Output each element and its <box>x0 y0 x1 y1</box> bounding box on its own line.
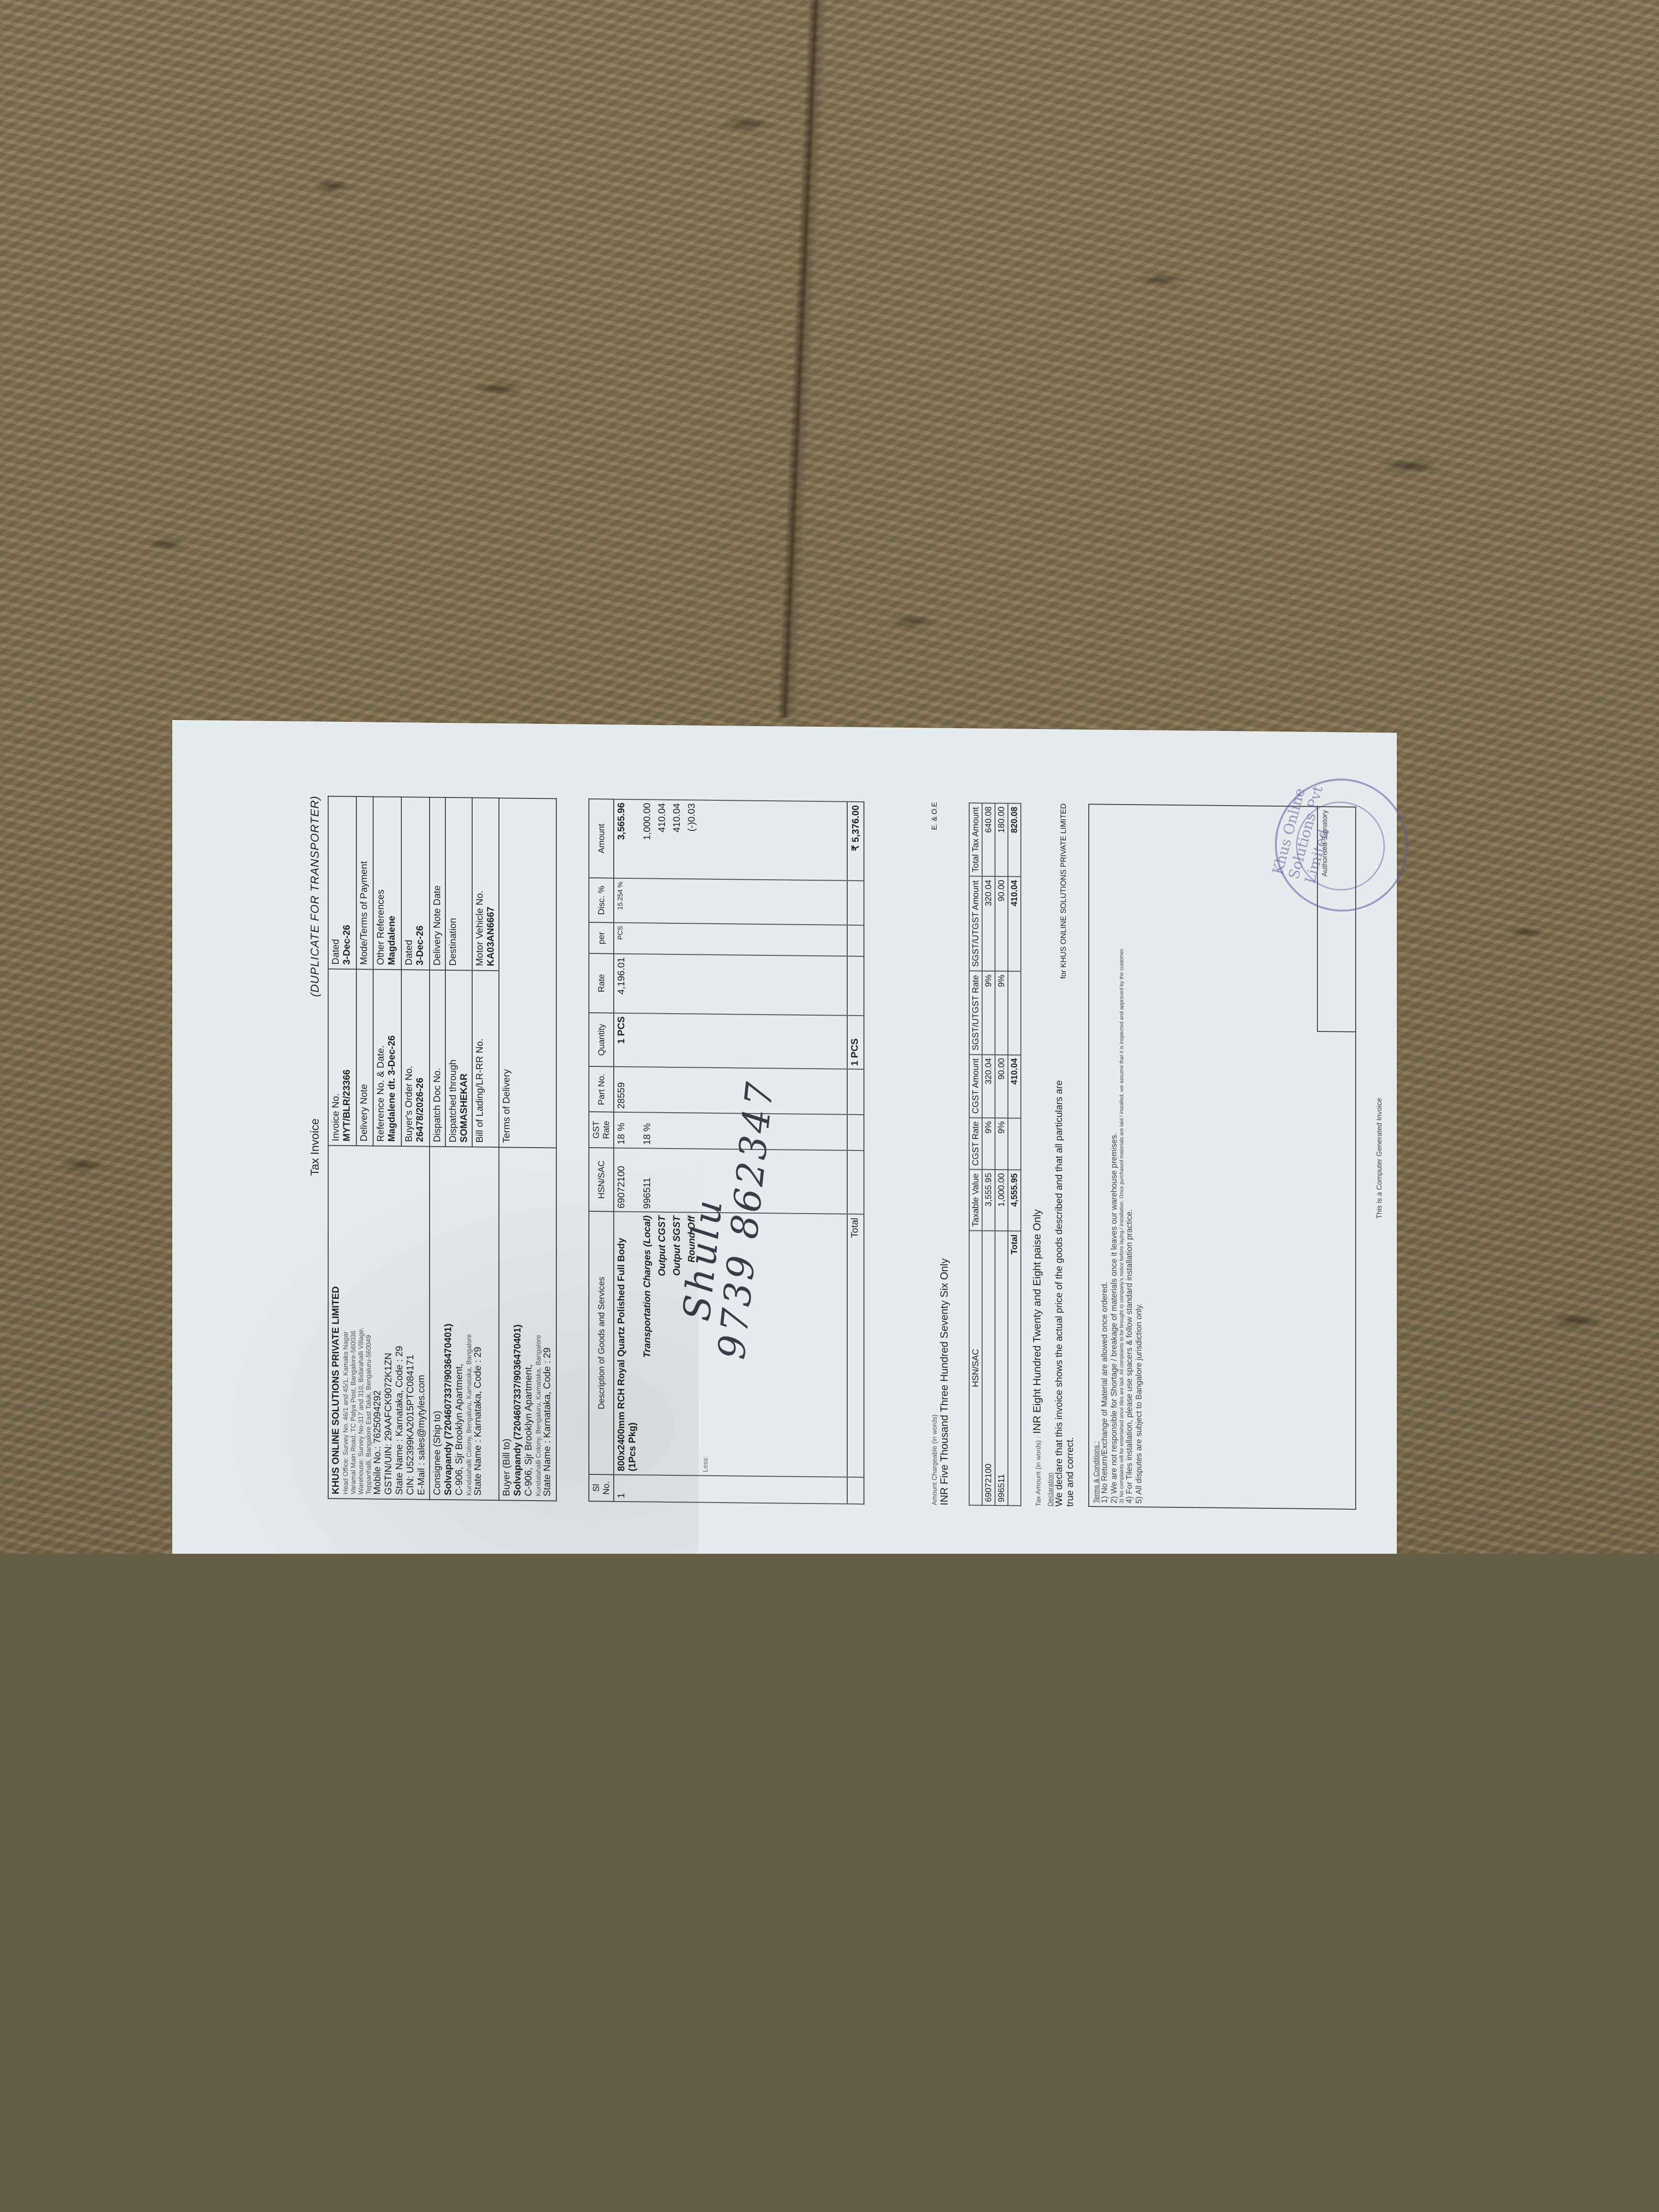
items-table: Sl No.Description of Goods and ServicesH… <box>588 798 864 1504</box>
payment-terms-label: Mode/Terms of Payment <box>359 801 370 965</box>
item-cell-gst: 18 % <box>614 1112 640 1148</box>
terms-of-delivery-label: Terms of Delivery <box>501 802 512 1143</box>
total-cell <box>847 956 864 1016</box>
item-cell-disc <box>670 879 685 923</box>
total-cell: ₹ 5,376.00 <box>847 802 864 881</box>
tax-cell: 4,555.95 <box>1008 1170 1021 1231</box>
copy-label: (DUPLICATE FOR TRANSPORTER) <box>309 796 322 1499</box>
less-cell <box>699 955 847 1016</box>
item-cell-sl <box>640 1475 655 1502</box>
tax-cell: 3,555.95 <box>982 1170 995 1231</box>
dispatch-doc-cell: Dispatch Doc No. <box>430 970 445 1147</box>
order-dated-label: Dated <box>404 801 415 965</box>
dispatched-through-cell: Dispatched throughSOMASHEKAR <box>445 970 472 1147</box>
item-cell-qty <box>655 1013 670 1067</box>
less-cell <box>699 923 847 956</box>
tax-cell: 640.08 <box>982 803 995 877</box>
seller-line: Teppanhalli, Bangalore East Taluk, Benga… <box>365 1150 372 1494</box>
for-company-label: for KHUS ONLINE SOLUTIONS PRIVATE LIMITE… <box>1060 803 1068 1028</box>
item-cell-per: PCS <box>614 922 640 954</box>
reference-value: Magdalene dt. 3-Dec-26 <box>387 973 398 1141</box>
item-cell-description: 800x2400mm RCH Royal Quartz Polished Ful… <box>614 1212 640 1475</box>
other-refs-value: Magdalene <box>387 801 398 965</box>
bottom-fill <box>0 1554 1659 2212</box>
item-cell-part <box>640 1067 655 1113</box>
item-cell-sl <box>685 1475 699 1503</box>
item-cell-part: 28559 <box>614 1067 640 1112</box>
items-total-row: Total1 PCS₹ 5,376.00 <box>847 802 864 1504</box>
seller-line: Head Office: Survey No. 46/1 and 45/1, K… <box>342 1150 349 1494</box>
tax-header-cell: Total Tax Amount <box>969 803 982 876</box>
payment-terms-cell: Mode/Terms of Payment <box>356 796 373 969</box>
granite-floor-photo: Tax Invoice (DUPLICATE FOR TRANSPORTER) … <box>0 0 1659 1554</box>
item-cell-gst <box>685 1113 699 1149</box>
delivery-note-label: Delivery Note <box>359 973 370 1141</box>
invoice-header-table: KHUS ONLINE SOLUTIONS PRIVATE LIMITED He… <box>328 796 557 1501</box>
invoice-no: MYT/BLR/23366 <box>342 973 353 1141</box>
items-header-cell: HSN/SAC <box>589 1148 614 1212</box>
consignee-line: State Name : Karnataka, Code : 29 <box>473 1151 484 1496</box>
other-refs-label: Other References <box>376 801 387 965</box>
item-cell-hsn: 996511 <box>640 1148 655 1212</box>
term-item: 3) No complaints will be entertained onc… <box>1119 808 1125 1504</box>
buyer-line: State Name : Karnataka, Code : 29 <box>542 1152 553 1496</box>
item-cell-sl <box>655 1475 670 1502</box>
tax-cell: 9% <box>982 971 995 1055</box>
vehicle-value: KA03AN6667 <box>486 802 497 966</box>
items-header-cell: Description of Goods and Services <box>589 1212 614 1475</box>
term-item: 5) All disputes are subject to Bangalore… <box>1134 808 1144 1504</box>
vehicle-label: Motor Vehicle No. <box>475 802 486 966</box>
reference-cell: Reference No. & Date.Magdalene dt. 3-Dec… <box>373 969 401 1146</box>
item-cell-rate <box>670 954 685 1014</box>
item-cell-qty <box>685 1014 699 1068</box>
consignee-block: Consignee (Ship to) Solvapandy (72046073… <box>430 1147 499 1501</box>
item-cell-disc <box>685 879 699 923</box>
item-cell-amount: (-)0.03 <box>685 800 699 879</box>
tax-cell <box>1008 972 1021 1055</box>
total-cell <box>847 1069 864 1115</box>
items-header-cell: Quantity <box>589 1013 614 1067</box>
buyers-order-cell: Buyer's Order No.26478/2026-26 <box>401 970 430 1147</box>
terms-box: Terms & Conditions : 1) No Return/Exchan… <box>1088 804 1356 1510</box>
consignee-line: C-906, Sjr Brooklyn Apartment, <box>454 1151 465 1495</box>
item-cell-qty: 1 PCS <box>614 1013 640 1067</box>
floor-tile-seam <box>777 0 828 718</box>
tax-header-cell: HSN/SAC <box>969 1230 982 1505</box>
item-row: 1800x2400mm RCH Royal Quartz Polished Fu… <box>614 799 640 1502</box>
item-row: Output CGST410.04 <box>655 800 670 1502</box>
consignee-name: Solvapandy (7204607337/9036470401) <box>443 1151 454 1495</box>
less-cell <box>699 800 847 881</box>
tax-summary-table: HSN/SACTaxable ValueCGST RateCGST Amount… <box>969 802 1021 1506</box>
item-cell-part <box>655 1067 670 1113</box>
tax-cell: 69072100 <box>982 1231 995 1505</box>
amount-words-label: Amount Chargeable (in words) <box>930 802 938 1505</box>
item-cell-sl: 1 <box>614 1474 640 1502</box>
tax-cell: 90.00 <box>995 1055 1008 1118</box>
tax-cell: 9% <box>995 1118 1008 1170</box>
term-item: 1) No Return/Exchange of Material are al… <box>1100 807 1109 1503</box>
reference-label: Reference No. & Date. <box>376 973 387 1141</box>
tax-header-row: HSN/SACTaxable ValueCGST RateCGST Amount… <box>969 803 982 1505</box>
delivery-note-cell: Delivery Note <box>356 969 373 1146</box>
items-header-cell: per <box>589 922 614 954</box>
item-cell-qty <box>670 1014 685 1068</box>
buyer-line: Kundalahalli Colony, Bengaluru, Karnatak… <box>534 1152 542 1496</box>
buyer-label: Buyer (Bill to) <box>501 1151 512 1496</box>
tax-cell: 320.04 <box>982 1055 995 1118</box>
seller-line: E-Mail : sales@mytyles.com <box>416 1150 427 1495</box>
item-cell-rate <box>655 954 670 1014</box>
item-cell-per <box>640 923 655 954</box>
tax-cell: 996511 <box>995 1231 1008 1505</box>
terms-label: Terms & Conditions : <box>1092 807 1100 1503</box>
item-row: Output SGST410.04 <box>670 800 685 1502</box>
tax-cell <box>1008 1118 1021 1170</box>
total-cell <box>847 925 864 957</box>
total-cell <box>847 1115 864 1150</box>
bill-of-lading-cell: Bill of Lading/LR-RR No. <box>472 970 499 1147</box>
items-header-row: Sl No.Description of Goods and ServicesH… <box>589 799 614 1502</box>
seller-line: CIN: U52399KA2015PTC084171 <box>405 1150 416 1495</box>
item-cell-rate <box>685 954 699 1014</box>
destination-label: Destination <box>448 802 459 966</box>
tax-cell: 9% <box>995 971 1008 1055</box>
invoice-no-cell: Invoice No.MYT/BLR/23366 <box>328 969 356 1146</box>
item-cell-disc: 15.254 % <box>614 878 640 923</box>
buyer-name: Solvapandy (7204607337/9036470401) <box>512 1151 523 1496</box>
tax-header-cell: CGST Rate <box>969 1117 982 1170</box>
seller-line: GSTIN/UIN: 29AAFCK9072K1ZN <box>383 1150 394 1495</box>
dispatched-through-label: Dispatched through <box>448 974 459 1142</box>
item-cell-per <box>670 923 685 955</box>
items-header-cell: Sl No. <box>589 1474 614 1502</box>
declaration-label: Declaration <box>1046 803 1054 1506</box>
item-cell-amount: 3,565.96 <box>614 799 640 879</box>
stamp-text: Khus Online Solutions Pvt Limited <box>1270 775 1344 886</box>
dated-cell: Dated3-Dec-26 <box>328 796 356 969</box>
item-cell-rate <box>640 954 655 1013</box>
company-stamp: Khus Online Solutions Pvt Limited <box>1275 778 1408 912</box>
less-cell <box>699 1475 847 1504</box>
seller-name: KHUS ONLINE SOLUTIONS PRIVATE LIMITED <box>331 1150 342 1494</box>
item-cell-hsn: 69072100 <box>614 1148 640 1212</box>
tax-cell: Total <box>1008 1231 1021 1505</box>
tax-row: 690721003,555.959%320.049%320.04640.08 <box>982 803 995 1505</box>
delivery-note-date-cell: Delivery Note Date <box>430 797 445 970</box>
total-cell <box>847 1477 864 1504</box>
invoice-page: Tax Invoice (DUPLICATE FOR TRANSPORTER) … <box>172 720 1397 1554</box>
tax-words-and-declaration: Tax Amount (in words) : INR Eight Hundre… <box>1031 803 1076 1507</box>
order-dated-cell: Dated3-Dec-26 <box>401 797 430 970</box>
total-cell <box>847 881 864 925</box>
tax-cell: 180.00 <box>995 803 1008 877</box>
term-item: 4) For Tiles installation, please use sp… <box>1125 808 1134 1504</box>
order-dated-value: 3-Dec-26 <box>415 801 426 965</box>
total-cell: Total <box>847 1214 864 1477</box>
items-header-cell: Rate <box>589 953 614 1013</box>
tax-cell: 9% <box>982 1117 995 1170</box>
seller-line: Warehouse: Survey No-317 and 310, Bidara… <box>357 1150 365 1494</box>
item-row: Round Off(-)0.03 <box>685 800 699 1502</box>
tax-cell: 1,000.00 <box>995 1170 1008 1231</box>
item-cell-description: Output CGST <box>655 1212 670 1475</box>
amount-in-words: Amount Chargeable (in words) INR Five Th… <box>930 802 951 1505</box>
total-cell <box>847 1150 864 1215</box>
less-cell <box>699 879 847 925</box>
tax-header-cell: Taxable Value <box>969 1170 982 1231</box>
items-header-cell: Disc. % <box>589 878 614 922</box>
item-cell-disc <box>640 878 655 923</box>
items-header-cell: GST Rate <box>589 1112 614 1148</box>
item-cell-amount: 410.04 <box>670 800 685 879</box>
dated-value: 3-Dec-26 <box>342 801 353 965</box>
item-cell-per <box>655 923 670 954</box>
tax-cell: 410.04 <box>1008 1055 1021 1118</box>
seller-line: Varamal Main Road, TC Palya Post, Bangal… <box>349 1150 357 1494</box>
tax-cell: 90.00 <box>995 876 1008 971</box>
dispatch-doc-label: Dispatch Doc No. <box>432 974 443 1142</box>
item-cell-per <box>685 923 699 955</box>
seller-line: Mobile No.: 7625094292 <box>372 1150 383 1494</box>
terms-of-delivery-cell: Terms of Delivery <box>499 798 556 1148</box>
item-cell-qty <box>640 1013 655 1067</box>
tax-row: 9965111,000.009%90.009%90.00180.00 <box>995 803 1008 1505</box>
item-cell-amount: 410.04 <box>655 800 670 879</box>
other-refs-cell: Other ReferencesMagdalene <box>373 796 401 969</box>
dispatched-through-value: SOMASHEKAR <box>459 974 470 1142</box>
total-cell: 1 PCS <box>847 1015 864 1069</box>
item-cell-sl <box>670 1475 685 1503</box>
seller-block: KHUS ONLINE SOLUTIONS PRIVATE LIMITED He… <box>328 1145 430 1499</box>
item-cell-part <box>670 1067 685 1113</box>
item-cell-amount: 1,000.00 <box>640 799 655 878</box>
items-header-cell: Amount <box>589 799 614 878</box>
destination-cell: Destination <box>445 797 472 970</box>
item-cell-gst <box>655 1113 670 1149</box>
item-cell-disc <box>655 879 670 923</box>
delivery-note-date-label: Delivery Note Date <box>432 802 443 966</box>
item-cell-gst <box>670 1113 685 1149</box>
item-cell-part <box>685 1068 699 1113</box>
invoice-paper: Tax Invoice (DUPLICATE FOR TRANSPORTER) … <box>172 720 1397 1554</box>
buyers-order-label: Buyer's Order No. <box>404 974 415 1142</box>
tax-header-cell: SGST/UTGST Rate <box>969 971 982 1055</box>
tax-header-cell: SGST/UTGST Amount <box>969 876 982 971</box>
tax-words-value: INR Eight Hundred Twenty and Eight paise… <box>1031 1209 1043 1434</box>
tax-cell: 410.04 <box>1008 877 1021 972</box>
bill-of-lading-label: Bill of Lading/LR-RR No. <box>475 974 486 1142</box>
eoe-label: E. & O.E <box>930 802 939 830</box>
vehicle-cell: Motor Vehicle No.KA03AN6667 <box>472 798 499 971</box>
buyer-block: Buyer (Bill to) Solvapandy (7204607337/9… <box>499 1147 556 1501</box>
item-cell-hsn <box>670 1149 685 1213</box>
less-cell <box>699 1014 847 1069</box>
tax-words-label: Tax Amount (in words) : <box>1034 1437 1042 1506</box>
items-header-cell: Part No. <box>589 1066 614 1112</box>
dated-label: Dated <box>331 800 342 964</box>
invoice-no-label: Invoice No. <box>331 973 342 1141</box>
item-cell-description: Transportation Charges (Local) <box>640 1212 655 1475</box>
tax-header-cell: CGST Amount <box>969 1054 982 1117</box>
seller-line: State Name : Karnataka, Code : 29 <box>394 1150 405 1495</box>
tax-total-row: Total4,555.95410.04410.04820.08 <box>1008 803 1021 1505</box>
term-item: 2) We are not responsible for Shortage /… <box>1109 808 1119 1504</box>
consignee-label: Consignee (Ship to) <box>432 1151 443 1495</box>
amount-words-value: INR Five Thousand Three Hundred Seventy … <box>938 802 951 1505</box>
item-cell-hsn <box>655 1148 670 1212</box>
tax-cell: 320.04 <box>982 876 995 971</box>
tax-cell: 820.08 <box>1008 803 1021 877</box>
buyer-line: C-906, Sjr Brooklyn Apartment, <box>523 1152 534 1496</box>
item-row: Transportation Charges (Local)99651118 %… <box>640 799 655 1502</box>
consignee-line: Kundalahalli Colony, Bengaluru, Karnatak… <box>465 1151 473 1495</box>
computer-generated-note: This is a Computer Generated Invoice <box>1375 807 1383 1510</box>
item-cell-rate: 4,196.01 <box>614 954 640 1013</box>
item-cell-gst: 18 % <box>640 1112 655 1148</box>
declaration-text: We declare that this invoice shows the a… <box>1054 1076 1076 1506</box>
buyers-order-value: 26478/2026-26 <box>415 974 426 1142</box>
